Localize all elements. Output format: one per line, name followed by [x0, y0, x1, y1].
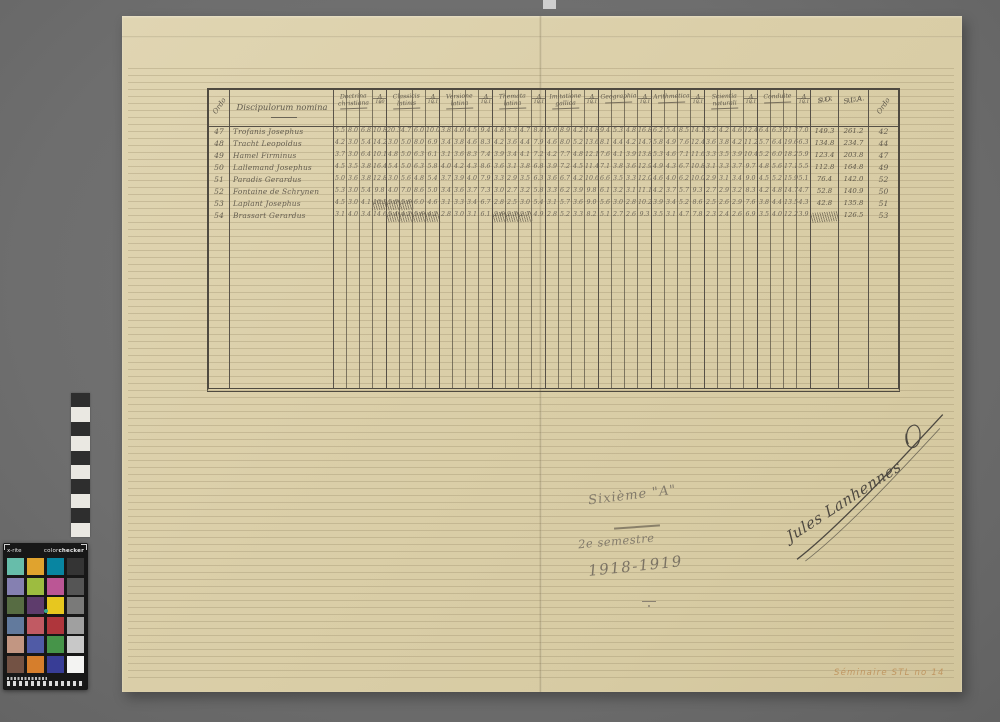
table-column: 8.47.97.26.86.35.85.44.9 — [532, 90, 546, 388]
grade-cell: 10.4 — [744, 151, 757, 163]
wedge-step — [71, 451, 90, 465]
grade-cell: 4.6 — [466, 139, 478, 151]
annotation-overline — [614, 524, 660, 529]
grade-cell: 4.2 — [453, 163, 465, 175]
grade-cell: 4.9 — [532, 211, 545, 223]
grade-cell: 3.0 — [519, 199, 531, 211]
table-column: 6.45.75.24.84.54.23.83.5 — [758, 90, 771, 388]
grade-cell: 3.5 — [718, 151, 730, 163]
grade-cell: 2.9 — [718, 187, 730, 199]
grade-cell: 5.0 — [334, 175, 346, 187]
signature: Jules Lanhennes — [750, 377, 996, 595]
grade-cell: 8.6 — [413, 187, 425, 199]
colorchecker-patch — [67, 656, 84, 673]
grade-cell: 21.3 — [784, 127, 796, 139]
grayscale-step-wedge — [71, 393, 90, 537]
grade-cell: 5.7 — [559, 199, 571, 211]
grade-cell: 3.1 — [506, 163, 518, 175]
grade-cell: 2.5 — [705, 199, 717, 211]
student-name-cell: Paradis Gerardus — [230, 175, 333, 187]
colorchecker-label: colorchecker — [44, 548, 84, 554]
grade-cell: 20.3 — [387, 127, 399, 139]
grade-cell: 4.0 — [466, 175, 478, 187]
colorchecker-patch — [47, 656, 64, 673]
subject-header: Doctrina christiana — [334, 93, 374, 110]
ordo-final-header: Ordo — [872, 92, 895, 121]
grade-cell: 3.6 — [453, 187, 465, 199]
archive-note: Séminaire STL no 14 — [834, 668, 945, 678]
grade-cell: 5.6 — [771, 163, 783, 175]
grade-cell: 14.8 — [585, 127, 598, 139]
grade-cell: 7.6 — [744, 199, 757, 211]
grade-cell: 4.5 — [758, 175, 770, 187]
grade-cell: 3.9 — [453, 175, 465, 187]
grade-cell: 5.0 — [400, 163, 412, 175]
grade-cell: 3.3 — [493, 175, 505, 187]
grade-cell: 7.2 — [559, 163, 571, 175]
grade-cell: 4.2 — [400, 211, 412, 223]
grade-cell: 3.6 — [493, 163, 505, 175]
grade-cell: 5.4 — [532, 199, 545, 211]
grade-cell: 2.5 — [506, 199, 518, 211]
grade-cell: 2.9 — [506, 175, 518, 187]
ordo-header: Ordo — [210, 95, 228, 117]
grade-cell: 14.2 — [373, 139, 386, 151]
grade-cell: 5.5 — [334, 127, 346, 139]
grade-cell: 4.2 — [493, 139, 505, 151]
grade-cell: 3.0 — [347, 187, 359, 199]
grade-cell: 6.1 — [426, 151, 439, 163]
grade-cell: 6.1 — [479, 211, 492, 223]
grade-cell: 5.2 — [559, 211, 571, 223]
grade-cell: 4.8 — [771, 187, 783, 199]
grade-cell: 126.5 — [839, 211, 868, 223]
grade-cell: 4.0 — [665, 175, 677, 187]
grade-cell: 44 — [869, 139, 898, 151]
grade-cell: 5.3 — [612, 127, 624, 139]
grade-cell: 6.9 — [744, 211, 757, 223]
grade-cell: 54 — [209, 211, 229, 223]
grade-cell: 6.7 — [678, 163, 690, 175]
student-name-cell: Laplant Josephus — [230, 199, 333, 211]
grade-cell: 12.2 — [784, 211, 796, 223]
grade-cell: 2.7 — [519, 211, 531, 223]
table-column: 6.36.46.05.65.24.84.44.0 — [771, 90, 784, 388]
grade-cell: 4.8 — [625, 127, 637, 139]
colorchecker-patch — [47, 597, 64, 614]
grade-cell: 47 — [869, 151, 898, 163]
grade-cell: 3.2 — [705, 127, 717, 139]
grade-cell: 9.4 — [599, 127, 611, 139]
grade-cell: 5.2 — [758, 151, 770, 163]
grade-cell: 3.5 — [652, 211, 664, 223]
colorchecker-patch — [27, 656, 44, 673]
class-annotation: Sixième "A" — [587, 483, 677, 509]
grade-cell: 3.3 — [625, 175, 637, 187]
table-column: 8.98.07.77.26.76.25.75.2 — [559, 90, 572, 388]
grade-cell: 3.1 — [718, 175, 730, 187]
grade-cell: 2.3 — [506, 211, 518, 223]
grade-cell: 4.2 — [758, 187, 770, 199]
table-column: 8.03.03.03.53.63.03.04.0 — [347, 90, 360, 388]
wedge-step — [71, 422, 90, 436]
grade-cell: 8.2 — [585, 211, 598, 223]
grade-cell: 3.5 — [612, 175, 624, 187]
grade-cell: 11.1 — [638, 187, 651, 199]
grade-cell: 4.0 — [453, 127, 465, 139]
grade-cell: 3.6 — [572, 199, 584, 211]
grade-cell: 11.4 — [585, 163, 598, 175]
grade-cell: 12.4 — [691, 139, 704, 151]
table-column: 6.25.85.34.94.64.23.93.5 — [652, 90, 665, 388]
grade-cell: 3.3 — [506, 127, 518, 139]
grade-cell: 15.9 — [784, 175, 796, 187]
grade-cell: 4.2 — [426, 211, 439, 223]
grade-cell: 50 — [869, 187, 898, 199]
grade-cell: 8.3 — [744, 187, 757, 199]
grade-cell: 3.0 — [493, 187, 505, 199]
grade-cell: 5.2 — [678, 199, 690, 211]
name-header: Discipulorum nomina — [230, 102, 334, 122]
a-column-header: A+10.1 — [744, 93, 758, 106]
grade-cell: 4.5 — [334, 163, 346, 175]
grade-cell: 2.8 — [493, 199, 505, 211]
grade-cell: 123.4 — [811, 151, 838, 163]
grade-cell: 4.8 — [572, 151, 584, 163]
grade-cell: 3.6 — [546, 175, 558, 187]
grade-cell: 49 — [209, 151, 229, 163]
grade-cell: 42.8 — [811, 199, 838, 211]
grade-cell: 203.8 — [839, 151, 868, 163]
grade-cell: 8.6 — [479, 163, 492, 175]
grade-cell: 13.5 — [784, 199, 796, 211]
grade-cell: 12.9 — [638, 163, 651, 175]
colorchecker-patch — [7, 578, 24, 595]
grade-cell: 3.4 — [440, 139, 452, 151]
grade-cell: 2.7 — [705, 187, 717, 199]
grade-cell: 4.2 — [731, 139, 743, 151]
colorchecker-patch — [67, 597, 84, 614]
grade-cell: 3.8 — [718, 139, 730, 151]
grade-cell: 7.3 — [479, 187, 492, 199]
grade-cell: 4.8 — [493, 127, 505, 139]
student-name-cell: Hamel Firminus — [230, 151, 333, 163]
grade-cell: 3.5 — [519, 175, 531, 187]
grade-cell: 11.6 — [691, 151, 704, 163]
grade-cell: 4.6 — [652, 175, 664, 187]
grade-cell: 3.9 — [652, 199, 664, 211]
grade-cell: 4.0 — [387, 187, 399, 199]
grade-cell: 8.0 — [413, 139, 425, 151]
grade-cell: 5.8 — [426, 163, 439, 175]
grade-cell: 9.4 — [479, 127, 492, 139]
a-column-header: A+10.1 — [797, 93, 811, 106]
grade-cell: 5.8 — [532, 187, 545, 199]
grade-cell: 17.1 — [784, 163, 796, 175]
grade-cell: 3.4 — [466, 199, 478, 211]
grade-cell: 134.8 — [811, 139, 838, 151]
table-column: 7.06.35.95.55.14.74.33.9 — [797, 90, 811, 388]
dash-flourish — [642, 601, 656, 606]
grade-cell: 5.6 — [413, 211, 425, 223]
grade-cell: 2.9 — [731, 199, 743, 211]
grade-cell: 12.4 — [744, 127, 757, 139]
grade-cell: 3.1 — [440, 151, 452, 163]
grade-cell: 4.8 — [387, 151, 399, 163]
grade-cell: 76.4 — [811, 175, 838, 187]
grade-cell: 6.7 — [479, 199, 492, 211]
grade-cell: 8.9 — [559, 127, 571, 139]
table-column: 3.23.63.33.12.92.72.52.3 — [705, 90, 718, 388]
xrite-logo: x-rite — [7, 548, 22, 554]
grade-cell: 3.9 — [731, 151, 743, 163]
grade-cell: 4.6 — [426, 199, 439, 211]
table-column: Trofanis JosephusTracht LeopoldusHamel F… — [230, 90, 334, 388]
wedge-step — [71, 393, 90, 407]
table-column: 12.411.210.49.79.08.37.66.9 — [744, 90, 758, 388]
grade-cell: 47 — [209, 127, 229, 139]
colorchecker-patch — [67, 617, 84, 634]
colorchecker-patch — [27, 597, 44, 614]
grade-cell: 7.7 — [559, 151, 571, 163]
grade-cell: 5.3 — [334, 187, 346, 199]
grade-cell: 3.3 — [718, 163, 730, 175]
wedge-step — [71, 523, 90, 537]
grade-cell: 5.2 — [572, 139, 584, 151]
grade-cell: 5.2 — [771, 175, 783, 187]
student-name-cell: Brassart Gerardus — [230, 211, 333, 223]
grade-cell: 13.8 — [638, 151, 651, 163]
grade-cell: 4.7 — [797, 187, 810, 199]
grade-cell: 52 — [209, 187, 229, 199]
grade-cell: 3.6 — [347, 175, 359, 187]
a-column-header: A+10.1 — [585, 93, 599, 106]
table-column: 14.112.411.610.810.09.38.67.8 — [691, 90, 705, 388]
grade-cell: 42 — [869, 127, 898, 139]
grade-cell: 4.2 — [572, 127, 584, 139]
grade-cell: 2.7 — [612, 211, 624, 223]
grade-cell: 5.7 — [758, 139, 770, 151]
grade-cell: 112.8 — [811, 163, 838, 175]
table-column: 10.06.96.15.85.45.04.64.2 — [426, 90, 440, 388]
grade-cell: 3.1 — [440, 199, 452, 211]
grade-cell: 7.6 — [599, 151, 611, 163]
wedge-step — [71, 436, 90, 450]
grade-cell: 7.9 — [532, 139, 545, 151]
grade-cell: 12.8 — [373, 175, 386, 187]
grade-cell: 164.8 — [839, 163, 868, 175]
grade-cell: 4.0 — [771, 211, 783, 223]
grade-cell: 9.3 — [638, 211, 651, 223]
student-name-cell: Lallemand Josephus — [230, 163, 333, 175]
grade-cell: 2.9 — [705, 175, 717, 187]
grade-cell: 6.2 — [559, 187, 571, 199]
grade-cell: 9.8 — [585, 187, 598, 199]
grade-cell: 3.8 — [453, 139, 465, 151]
table-column: 3.83.43.14.03.73.43.12.8 — [440, 90, 453, 388]
colorchecker-header: x-rite colorchecker — [7, 546, 84, 556]
colorchecker-patch — [47, 617, 64, 634]
grade-cell: 3.9 — [572, 187, 584, 199]
table-column: 4.25.24.84.54.23.93.63.3 — [572, 90, 585, 388]
grade-cell: 3.4 — [506, 151, 518, 163]
grade-cell: 5.1 — [797, 175, 810, 187]
colorchecker-patch — [27, 636, 44, 653]
grade-cell: 3.7 — [466, 187, 478, 199]
grade-cell: 6.3 — [797, 139, 810, 151]
table-column: 6.85.46.43.83.85.44.13.4 — [360, 90, 373, 388]
table-column: 4.84.23.93.63.33.02.82.6 — [493, 90, 506, 388]
grade-cell: 2.8 — [625, 199, 637, 211]
grade-cell: 2.7 — [506, 187, 518, 199]
grade-cell: 8.4 — [532, 127, 545, 139]
grade-cell: 14.7 — [638, 139, 651, 151]
grade-cell: 4.7 — [519, 127, 531, 139]
grade-cell: 4.1 — [519, 151, 531, 163]
grade-cell: 4.1 — [360, 199, 372, 211]
grade-cell: 3.3 — [572, 211, 584, 223]
grade-cell: 6.3 — [532, 175, 545, 187]
grade-cell: 7.2 — [532, 151, 545, 163]
a-column-header: A+100 — [373, 93, 387, 106]
grade-cell: 4.5 — [466, 127, 478, 139]
grade-cell: 18.2 — [784, 151, 796, 163]
grade-cell: 19.6 — [784, 139, 796, 151]
grade-cell: 7.9 — [479, 175, 492, 187]
table-column: 5.34.44.13.83.53.23.02.7 — [612, 90, 625, 388]
student-name-cell: Trofanis Josephus — [230, 127, 333, 139]
colorchecker-patch — [27, 578, 44, 595]
grade-cell — [811, 211, 838, 223]
table-column: 4.74.44.13.83.53.23.02.7 — [519, 90, 532, 388]
grade-cell: 2.3 — [705, 211, 717, 223]
colorchecker-patch — [47, 558, 64, 575]
grade-cell: 4.6 — [665, 151, 677, 163]
grade-cell: 4.3 — [466, 163, 478, 175]
grade-cell: 2.8 — [546, 211, 558, 223]
grade-cell: 49 — [869, 163, 898, 175]
grade-cell: 10.1 — [373, 151, 386, 163]
grade-cell: 10.6 — [585, 175, 598, 187]
so-total-header: S.O.313.2 — [811, 94, 840, 107]
photo-backdrop: x-rite colorchecker 4748495051525354Trof… — [0, 0, 1000, 722]
colorchecker-patch — [27, 558, 44, 575]
grade-cell: 4.4 — [612, 139, 624, 151]
table-column: 16.814.713.812.912.011.110.29.3 — [638, 90, 652, 388]
a-column-header: A+10.1 — [426, 93, 440, 106]
grade-cell: 234.7 — [839, 139, 868, 151]
grade-cell: 7.4 — [479, 151, 492, 163]
grade-cell: 12.1 — [585, 151, 598, 163]
table-column: 149.3134.8123.4112.876.452.842.8 — [811, 90, 839, 388]
grade-cell: 3.8 — [612, 163, 624, 175]
semester-annotation: 2e semestre — [578, 531, 655, 552]
grade-cell: 3.7 — [440, 175, 452, 187]
grade-cell: 4.6 — [731, 127, 743, 139]
grade-cell: 7.8 — [691, 211, 704, 223]
grade-cell: 6.2 — [652, 127, 664, 139]
grade-cell: 3.9 — [546, 163, 558, 175]
grade-cell: 3.2 — [612, 187, 624, 199]
grade-cell: 6.2 — [678, 175, 690, 187]
grade-cell: 5.0 — [426, 187, 439, 199]
grade-cell: 6.1 — [599, 187, 611, 199]
grade-cell: 16.8 — [638, 127, 651, 139]
table-column: 4.54.68.34.34.03.73.43.1 — [466, 90, 479, 388]
grade-cell: 5.4 — [360, 187, 372, 199]
grade-cell: 10.5 — [373, 199, 386, 211]
grade-cell: 13.6 — [585, 139, 598, 151]
grade-cell: 5.5 — [797, 163, 810, 175]
grade-cell: 3.2 — [519, 187, 531, 199]
table-column: 5.54.23.74.55.05.34.53.1 — [334, 90, 347, 388]
grade-cell: 14.1 — [691, 127, 704, 139]
grade-cell: 9.3 — [691, 187, 704, 199]
grade-cell: 3.6 — [453, 151, 465, 163]
student-name-cell: Tracht Leopoldus — [230, 139, 333, 151]
table-column: 4.84.23.93.63.33.12.82.6 — [625, 90, 638, 388]
grade-cell: 3.7 — [665, 187, 677, 199]
grade-cell: 3.1 — [665, 211, 677, 223]
colorchecker-label-light: color — [44, 548, 59, 554]
grade-cell: 8.6 — [691, 199, 704, 211]
colorchecker-patch-grid — [7, 558, 84, 673]
colorchecker-footnote-text — [7, 677, 47, 680]
colorchecker-patch — [67, 636, 84, 653]
grade-cell: 5.1 — [599, 211, 611, 223]
grade-cell: 3.9 — [625, 151, 637, 163]
grade-cell: 3.3 — [546, 187, 558, 199]
grade-cell: 3.9 — [493, 151, 505, 163]
grade-cell: 3.0 — [387, 175, 399, 187]
grade-cell: 2.6 — [493, 211, 505, 223]
grade-cell: 4.2 — [652, 187, 664, 199]
grade-cell: 7.0 — [797, 127, 810, 139]
grade-cell: 135.8 — [839, 199, 868, 211]
grade-cell: 3.8 — [440, 127, 452, 139]
grade-cell: 6.9 — [426, 139, 439, 151]
a-column-header: A+10.1 — [532, 93, 546, 106]
colorchecker-patch — [7, 597, 24, 614]
grade-cell: 6.8 — [360, 127, 372, 139]
grade-cell: 10.0 — [691, 175, 704, 187]
grade-cell: 3.3 — [705, 151, 717, 163]
grade-cell: 5.0 — [400, 139, 412, 151]
table-header: OrdoDiscipulorum nominaDoctrina christia… — [209, 90, 898, 127]
grade-cell: 7.0 — [400, 187, 412, 199]
grade-cell: 8.1 — [599, 139, 611, 151]
colorchecker-patch — [47, 578, 64, 595]
grade-cell: 6.7 — [559, 175, 571, 187]
grade-cell: 6.0 — [413, 199, 425, 211]
grade-cell: 149.3 — [811, 127, 838, 139]
grade-cell: 4.2 — [625, 139, 637, 151]
grade-cell: 51 — [869, 199, 898, 211]
grade-cell: 4.7 — [678, 211, 690, 223]
table-column: 3.33.63.43.12.92.72.52.3 — [506, 90, 519, 388]
subject-header: Classicis latinis — [387, 93, 427, 110]
grade-cell: 10.0 — [426, 127, 439, 139]
grade-cell: 4.5 — [334, 199, 346, 211]
wedge-step — [71, 407, 90, 421]
a-column-header: A+10.1 — [638, 93, 652, 106]
grade-cell: 52 — [869, 175, 898, 187]
table-column: 4.64.23.93.73.43.22.92.6 — [731, 90, 744, 388]
grade-cell: 3.4 — [731, 175, 743, 187]
grade-cell: 14.6 — [373, 211, 386, 223]
grade-cell: 4.1 — [612, 151, 624, 163]
grade-cell: 5.4 — [360, 139, 372, 151]
